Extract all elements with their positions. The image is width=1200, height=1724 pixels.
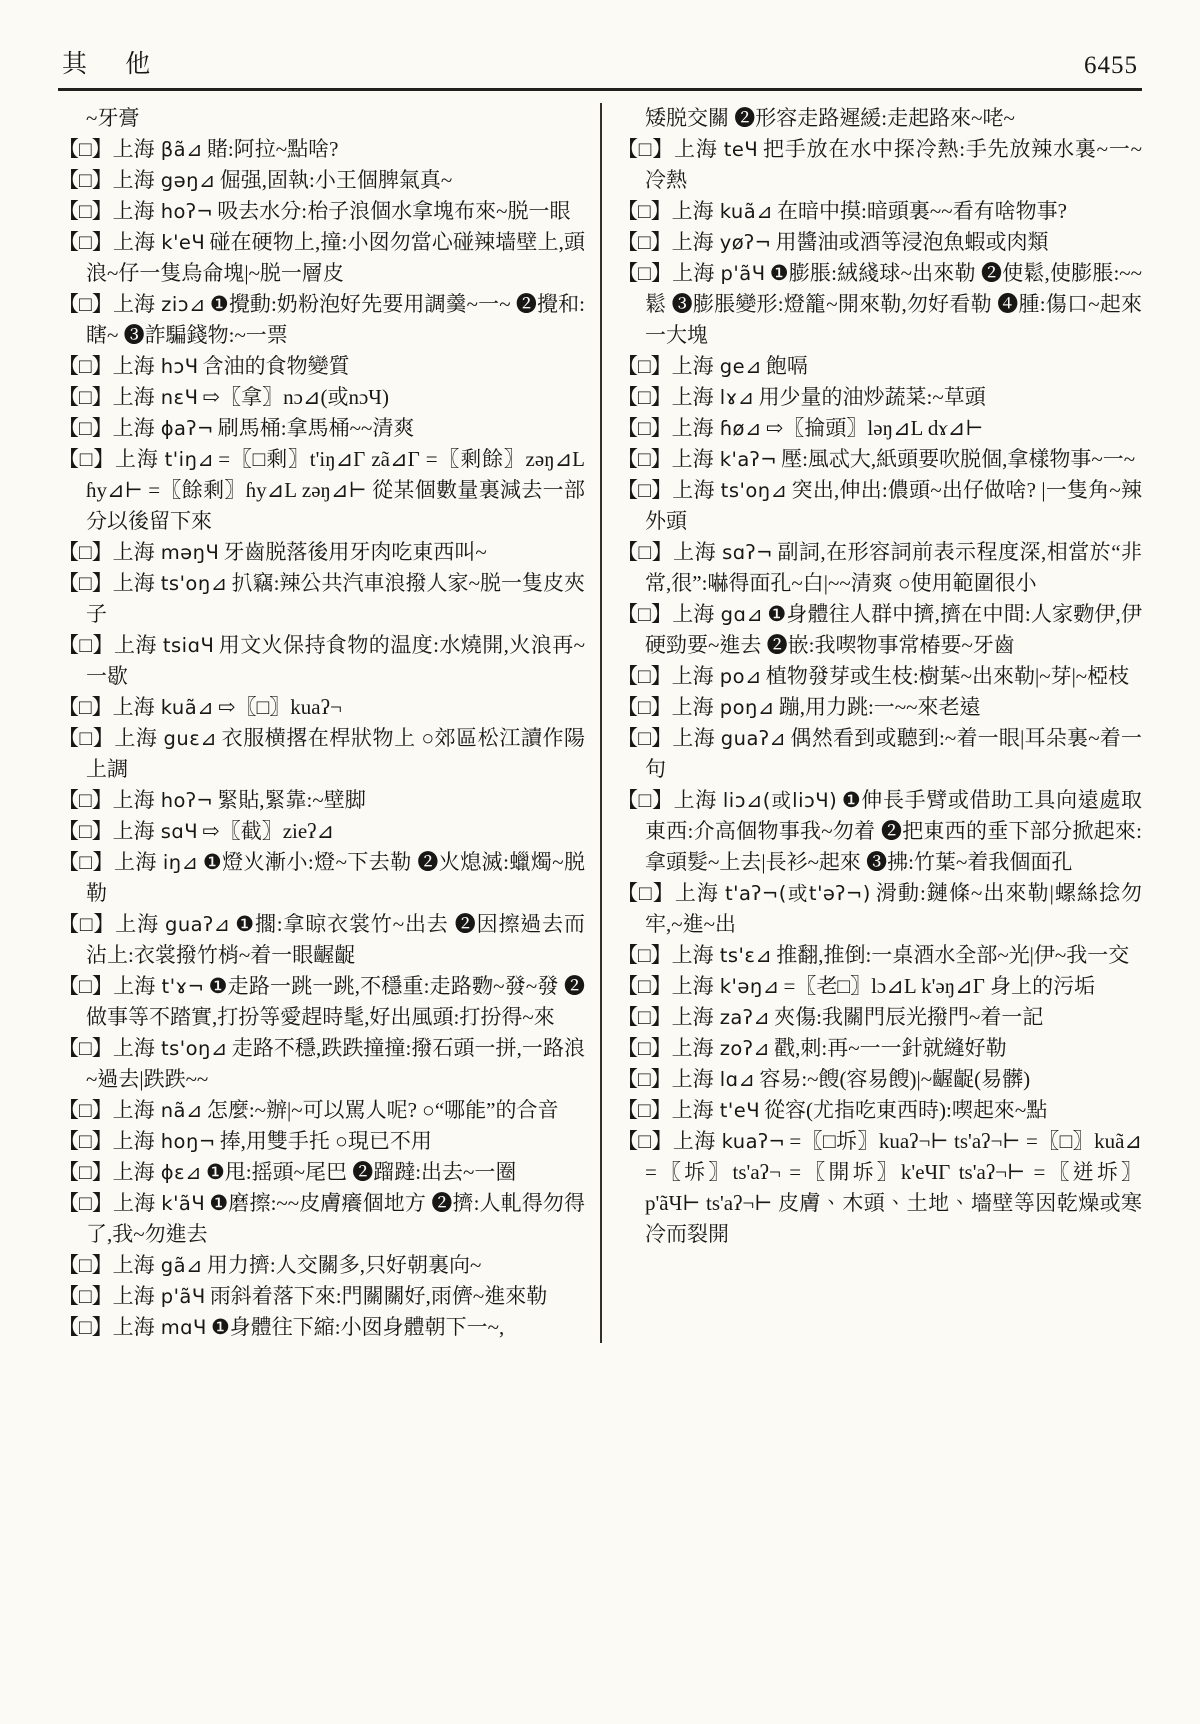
entry-definition: 吸去水分:枱子浪個水拿塊布來~脱一眼 <box>217 199 570 223</box>
two-column-body: ~牙膏【□】上海βã⊿賭:阿拉~點啥?【□】上海gəŋ⊿倔强,固執:小王個脾氣真… <box>58 103 1142 1343</box>
entry-marker: 【□】上海 <box>617 726 715 750</box>
continuation-definition-text: ~牙膏 <box>86 106 139 130</box>
entry-pronunciation: sɑʔ¬ <box>716 541 777 564</box>
entry-marker: 【□】上海 <box>617 261 715 285</box>
entry-marker: 【□】上海 <box>58 1191 155 1215</box>
entry-marker: 【□】上海 <box>617 1067 714 1091</box>
entry-marker: 【□】上海 <box>617 540 716 564</box>
entry-marker: 【□】上海 <box>58 1036 155 1060</box>
header-rule <box>58 88 1142 91</box>
entry-pronunciation: p'ãЧ <box>155 1285 210 1308</box>
entry-pronunciation: ɸɛ⊿ <box>155 1161 206 1184</box>
dictionary-entry: 【□】上海teЧ把手放在水中探冷熱:手先放辣水裏~一~冷熱 <box>617 134 1142 196</box>
entry-definition: ⇨〖□〗kuaʔ¬ <box>218 695 342 719</box>
entry-marker: 【□】上海 <box>58 819 155 843</box>
dictionary-entry: 【□】上海zoʔ⊿戳,刺:再~一一針就縫好勒 <box>617 1033 1142 1064</box>
entry-definition: ⇨〖截〗zieʔ⊿ <box>202 819 334 843</box>
entry-definition: 從容(尤指吃東西時):喫起來~點 <box>764 1098 1047 1122</box>
dictionary-entry: 【□】上海hɔЧ含油的食物變質 <box>58 351 585 382</box>
dictionary-page: 其 他 6455 ~牙膏【□】上海βã⊿賭:阿拉~點啥?【□】上海gəŋ⊿倔强,… <box>0 0 1200 1724</box>
dictionary-entry: 【□】上海sɑЧ⇨〖截〗zieʔ⊿ <box>58 816 585 847</box>
entry-pronunciation: zoʔ⊿ <box>714 1037 774 1060</box>
dictionary-entry: 【□】上海t'aʔ¬(或t'əʔ¬)滑動:鏈條~出來勒|螺絲捻勿牢,~進~出 <box>617 878 1142 940</box>
entry-marker: 【□】上海 <box>58 230 155 254</box>
entry-marker: 【□】上海 <box>617 1129 716 1153</box>
entry-pronunciation: məŋЧ <box>155 541 224 564</box>
entry-definition: 推翻,推倒:一桌酒水全部~光|伊~我一交 <box>776 943 1129 967</box>
entry-marker: 【□】上海 <box>58 912 159 936</box>
entry-marker: 【□】上海 <box>617 943 714 967</box>
entry-pronunciation: ts'oŋ⊿ <box>155 1037 232 1060</box>
entry-marker: 【□】上海 <box>58 385 155 409</box>
entry-marker: 【□】上海 <box>617 416 714 440</box>
dictionary-entry: 【□】上海guaʔ⊿偶然看到或聽到:~着一眼|耳朵裏~着一句 <box>617 723 1142 785</box>
entry-pronunciation: ge⊿ <box>714 355 766 378</box>
dictionary-entry: 【□】上海lɑ⊿容易:~餿(容易餿)|~齷齪(易髒) <box>617 1064 1142 1095</box>
entry-pronunciation: kuã⊿ <box>714 200 777 223</box>
dictionary-entry: 【□】上海βã⊿賭:阿拉~點啥? <box>58 134 585 165</box>
entry-pronunciation: gəŋ⊿ <box>155 169 220 192</box>
entry-marker: 【□】上海 <box>58 726 157 750</box>
entry-pronunciation: guɛ⊿ <box>157 727 221 750</box>
entry-continuation-text: ~牙膏 <box>58 103 585 134</box>
entry-pronunciation: hɔЧ <box>155 355 203 378</box>
dictionary-entry: 【□】上海k'ãЧ❶磨擦:~~皮膚癢個地方 ❷擠:人軋得勿得了,我~勿進去 <box>58 1188 585 1250</box>
dictionary-entry: 【□】上海gã⊿用力擠:人交關多,只好朝裏向~ <box>58 1250 585 1281</box>
dictionary-entry: 【□】上海ts'oŋ⊿扒竊:辣公共汽車浪撥人家~脱一隻皮夾子 <box>58 568 585 630</box>
entry-marker: 【□】上海 <box>58 447 159 471</box>
entry-pronunciation: hoʔ¬ <box>155 200 218 223</box>
entry-pronunciation: ts'oŋ⊿ <box>155 572 232 595</box>
dictionary-entry: 【□】上海gəŋ⊿倔强,固執:小王個脾氣真~ <box>58 165 585 196</box>
entry-definition: 蹦,用力跳:一~~來老遠 <box>779 695 981 719</box>
entry-definition: 用少量的油炒蔬菜:~草頭 <box>759 385 986 409</box>
entry-pronunciation: liɔ⊿(或liɔЧ) <box>717 789 841 812</box>
dictionary-entry: 【□】上海nɛЧ⇨〖拿〗nɔ⊿(或nɔЧ) <box>58 382 585 413</box>
entry-pronunciation: t'eЧ <box>714 1099 764 1122</box>
entry-pronunciation: βã⊿ <box>155 138 207 161</box>
entry-definition: 牙齒脱落後用牙肉吃東西叫~ <box>223 540 486 564</box>
entry-pronunciation: gã⊿ <box>155 1254 207 1277</box>
entry-marker: 【□】上海 <box>58 788 155 812</box>
entry-marker: 【□】上海 <box>617 385 714 409</box>
entry-definition: 含油的食物變質 <box>203 354 350 378</box>
dictionary-entry: 【□】上海iŋ⊿❶燈火漸小:燈~下去勒 ❷火熄滅:蠟燭~脱勒 <box>58 847 585 909</box>
entry-pronunciation: yøʔ¬ <box>714 231 776 254</box>
dictionary-entry: 【□】上海k'aʔ¬壓:風忒大,紙頭要吹脱個,拿樣物事~一~ <box>617 444 1142 475</box>
dictionary-entry: 【□】上海nã⊿怎麼:~辦|~可以駡人呢? ○“哪能”的合音 <box>58 1095 585 1126</box>
entry-marker: 【□】上海 <box>58 1315 155 1339</box>
entry-marker: 【□】上海 <box>58 1253 155 1277</box>
dictionary-entry: 【□】上海ɸɛ⊿❶甩:摇頭~尾巴 ❷蹓躂:出去~一圈 <box>58 1157 585 1188</box>
dictionary-entry: 【□】上海kuaʔ¬=〖□坼〗kuaʔ¬⊢ ts'aʔ¬⊢ =〖□〗kuã⊿ =… <box>617 1126 1142 1250</box>
entry-pronunciation: p'ãЧ <box>715 262 770 285</box>
entry-pronunciation: tsiɑЧ <box>157 634 218 657</box>
entry-pronunciation: guaʔ⊿ <box>715 727 790 750</box>
entry-definition: 刷馬桶:拿馬桶~~清爽 <box>218 416 415 440</box>
entry-pronunciation: nɛЧ <box>155 386 203 409</box>
entry-pronunciation: lɑ⊿ <box>714 1068 760 1091</box>
dictionary-entry: 【□】上海guɛ⊿衣服横撂在桿狀物上 ○郊區松江讀作陽上調 <box>58 723 585 785</box>
entry-marker: 【□】上海 <box>58 292 155 316</box>
dictionary-entry: 【□】上海ts'oŋ⊿走路不穩,跌跌撞撞:撥石頭一拼,一路浪~過去|跌跌~~ <box>58 1033 585 1095</box>
entry-definition: 在暗中摸:暗頭裏~~看有啥物事? <box>777 199 1067 223</box>
section-title: 其 他 <box>62 44 166 80</box>
dictionary-entry: 【□】上海hoŋ¬捧,用雙手托 ○現已不用 <box>58 1126 585 1157</box>
dictionary-entry: 【□】上海sɑʔ¬副詞,在形容詞前表示程度深,相當於“非常,很”:嚇得面孔~白|… <box>617 537 1142 599</box>
dictionary-entry: 【□】上海ɦø⊿⇨〖掄頭〗ləŋ⊿L dɤ⊿⊢ <box>617 413 1142 444</box>
entry-marker: 【□】上海 <box>58 137 155 161</box>
entry-pronunciation: ts'ɛ⊿ <box>714 944 777 967</box>
dictionary-entry: 【□】上海tsiɑЧ用文火保持食物的温度:水燒開,火浪再~一歇 <box>58 630 585 692</box>
entry-marker: 【□】上海 <box>617 881 719 905</box>
entry-pronunciation: teЧ <box>718 138 763 161</box>
entry-marker: 【□】上海 <box>58 1160 155 1184</box>
dictionary-entry: 【□】上海k'eЧ碰在硬物上,撞:小囡勿當心碰辣墙壁上,頭浪~仔一隻烏侖塊|~脱… <box>58 227 585 289</box>
entry-marker: 【□】上海 <box>58 354 155 378</box>
entry-marker: 【□】上海 <box>617 602 715 626</box>
entry-marker: 【□】上海 <box>58 1129 155 1153</box>
dictionary-entry: 【□】上海p'ãЧ雨斜着落下來:門關關好,雨儕~進來勒 <box>58 1281 585 1312</box>
entry-pronunciation: ts'oŋ⊿ <box>715 479 792 502</box>
entry-marker: 【□】上海 <box>617 447 714 471</box>
dictionary-entry: 【□】上海hoʔ¬緊貼,緊靠:~壁脚 <box>58 785 585 816</box>
entry-marker: 【□】上海 <box>58 850 157 874</box>
entry-pronunciation: t'ɤ¬ <box>156 975 209 998</box>
entry-marker: 【□】上海 <box>58 1098 155 1122</box>
entry-pronunciation: zaʔ⊿ <box>714 1006 774 1029</box>
entry-definition: 雨斜着落下來:門關關好,雨儕~進來勒 <box>210 1284 547 1308</box>
entry-pronunciation: po⊿ <box>714 665 766 688</box>
entry-pronunciation: k'ãЧ <box>155 1192 209 1215</box>
entry-definition: ❶甩:摇頭~尾巴 ❷蹓躂:出去~一圈 <box>206 1160 516 1184</box>
dictionary-entry: 【□】上海guaʔ⊿❶擱:拿晾衣裳竹~出去 ❷因擦過去而沾上:衣裳撥竹梢~着一眼… <box>58 909 585 971</box>
entry-definition: ❶身體往下縮:小囡身體朝下一~, <box>211 1315 504 1339</box>
entry-pronunciation: gɑ⊿ <box>715 603 768 626</box>
entry-pronunciation: t'aʔ¬(或t'əʔ¬) <box>719 882 875 905</box>
entry-definition: 用醬油或酒等浸泡魚蝦或肉類 <box>775 230 1048 254</box>
entry-definition: 戳,刺:再~一一針就縫好勒 <box>774 1036 1006 1060</box>
page-header: 其 他 6455 <box>58 44 1142 86</box>
entry-pronunciation: ɦø⊿ <box>714 417 766 440</box>
entry-continuation-text: 矮脱交關 ❷形容走路遲緩:走起路來~咾~ <box>617 103 1142 134</box>
entry-marker: 【□】上海 <box>58 168 155 192</box>
entry-marker: 【□】上海 <box>617 199 714 223</box>
entry-marker: 【□】上海 <box>617 354 714 378</box>
entry-pronunciation: hoŋ¬ <box>155 1130 220 1153</box>
dictionary-entry: 【□】上海yøʔ¬用醬油或酒等浸泡魚蝦或肉類 <box>617 227 1142 258</box>
dictionary-entry: 【□】上海hoʔ¬吸去水分:枱子浪個水拿塊布來~脱一眼 <box>58 196 585 227</box>
entry-marker: 【□】上海 <box>617 788 717 812</box>
entry-pronunciation: k'əŋ⊿ <box>714 975 784 998</box>
entry-marker: 【□】上海 <box>58 1284 155 1308</box>
entry-definition: 夾傷:我關門辰光撥門~着一記 <box>774 1005 1043 1029</box>
entry-pronunciation: nã⊿ <box>155 1099 207 1122</box>
entry-marker: 【□】上海 <box>58 571 155 595</box>
dictionary-entry: 【□】上海poŋ⊿蹦,用力跳:一~~來老遠 <box>617 692 1142 723</box>
entry-pronunciation: ɸaʔ¬ <box>155 417 218 440</box>
entry-marker: 【□】上海 <box>617 478 715 502</box>
entry-pronunciation: hoʔ¬ <box>155 789 218 812</box>
entry-marker: 【□】上海 <box>58 695 155 719</box>
dictionary-entry: 【□】上海kuã⊿在暗中摸:暗頭裏~~看有啥物事? <box>617 196 1142 227</box>
dictionary-entry: 【□】上海zaʔ⊿夾傷:我關門辰光撥門~着一記 <box>617 1002 1142 1033</box>
entry-pronunciation: sɑЧ <box>155 820 202 843</box>
entry-definition: 植物發芽或生枝:樹葉~出來勒|~芽|~椏枝 <box>766 664 1129 688</box>
page-number: 6455 <box>1084 52 1138 80</box>
entry-pronunciation: mɑЧ <box>155 1316 211 1339</box>
dictionary-entry: 【□】上海məŋЧ牙齒脱落後用牙肉吃東西叫~ <box>58 537 585 568</box>
entry-pronunciation: poŋ⊿ <box>714 696 779 719</box>
entry-marker: 【□】上海 <box>617 1098 714 1122</box>
dictionary-entry: 【□】上海mɑЧ❶身體往下縮:小囡身體朝下一~, <box>58 1312 585 1343</box>
dictionary-entry: 【□】上海t'iŋ⊿=〖□剩〗t'iŋ⊿Γ zã⊿Γ =〖剩餘〗zəŋ⊿L ɦy… <box>58 444 585 537</box>
dictionary-entry: 【□】上海ge⊿飽嗝 <box>617 351 1142 382</box>
entry-marker: 【□】上海 <box>617 695 714 719</box>
dictionary-entry: 【□】上海lɤ⊿用少量的油炒蔬菜:~草頭 <box>617 382 1142 413</box>
dictionary-entry: 【□】上海ɸaʔ¬刷馬桶:拿馬桶~~清爽 <box>58 413 585 444</box>
entry-marker: 【□】上海 <box>58 633 157 657</box>
entry-marker: 【□】上海 <box>58 540 155 564</box>
entry-marker: 【□】上海 <box>617 230 714 254</box>
entry-pronunciation: guaʔ⊿ <box>159 913 234 936</box>
entry-definition: 怎麼:~辦|~可以駡人呢? ○“哪能”的合音 <box>207 1098 559 1122</box>
entry-definition: 捧,用雙手托 ○現已不用 <box>220 1129 432 1153</box>
entry-definition: ⇨〖掄頭〗ləŋ⊿L dɤ⊿⊢ <box>766 416 984 440</box>
entry-definition: 飽嗝 <box>766 354 808 378</box>
entry-definition: 容易:~餿(容易餿)|~齷齪(易髒) <box>759 1067 1030 1091</box>
entry-marker: 【□】上海 <box>58 199 155 223</box>
dictionary-entry: 【□】上海ziɔ⊿❶攪動:奶粉泡好先要用調羹~一~ ❷攪和:瞎~ ❸詐騙錢物:~… <box>58 289 585 351</box>
entry-definition: ⇨〖拿〗nɔ⊿(或nɔЧ) <box>202 385 388 409</box>
entry-definition: 壓:風忒大,紙頭要吹脱個,拿樣物事~一~ <box>781 447 1135 471</box>
entry-marker: 【□】上海 <box>617 1005 714 1029</box>
dictionary-entry: 【□】上海t'eЧ從容(尤指吃東西時):喫起來~點 <box>617 1095 1142 1126</box>
entry-pronunciation: kuã⊿ <box>155 696 218 719</box>
entry-marker: 【□】上海 <box>617 1036 714 1060</box>
entry-pronunciation: t'iŋ⊿ <box>159 448 219 471</box>
dictionary-entry: 【□】上海p'ãЧ❶膨脹:絨綫球~出來勒 ❷使鬆,使膨脹:~~鬆 ❸膨脹變形:燈… <box>617 258 1142 351</box>
entry-pronunciation: lɤ⊿ <box>714 386 759 409</box>
left-column: ~牙膏【□】上海βã⊿賭:阿拉~點啥?【□】上海gəŋ⊿倔强,固執:小王個脾氣真… <box>58 103 600 1343</box>
dictionary-entry: 【□】上海ts'ɛ⊿推翻,推倒:一桌酒水全部~光|伊~我一交 <box>617 940 1142 971</box>
dictionary-entry: 【□】上海k'əŋ⊿=〖老□〗lɔ⊿L k'əŋ⊿Γ 身上的污垢 <box>617 971 1142 1002</box>
entry-pronunciation: k'eЧ <box>155 231 209 254</box>
dictionary-entry: 【□】上海kuã⊿⇨〖□〗kuaʔ¬ <box>58 692 585 723</box>
entry-definition: 緊貼,緊靠:~壁脚 <box>217 788 365 812</box>
entry-pronunciation: k'aʔ¬ <box>714 448 781 471</box>
dictionary-entry: 【□】上海liɔ⊿(或liɔЧ)❶伸長手臂或借助工具向遠處取東西:介高個物事我~… <box>617 785 1142 878</box>
entry-marker: 【□】上海 <box>58 974 156 998</box>
entry-marker: 【□】上海 <box>58 416 155 440</box>
continuation-definition-text: 矮脱交關 ❷形容走路遲緩:走起路來~咾~ <box>645 106 1015 130</box>
dictionary-entry: 【□】上海ts'oŋ⊿突出,伸出:儂頭~出仔做啥? |一隻角~辣外頭 <box>617 475 1142 537</box>
dictionary-entry: 【□】上海po⊿植物發芽或生枝:樹葉~出來勒|~芽|~椏枝 <box>617 661 1142 692</box>
entry-marker: 【□】上海 <box>617 974 714 998</box>
entry-definition: 倔强,固執:小王個脾氣真~ <box>220 168 452 192</box>
entry-pronunciation: ziɔ⊿ <box>155 293 210 316</box>
right-column: 矮脱交關 ❷形容走路遲緩:走起路來~咾~【□】上海teЧ把手放在水中探冷熱:手先… <box>600 103 1142 1343</box>
dictionary-entry: 【□】上海t'ɤ¬❶走路一跳一跳,不穩重:走路覅~發~發 ❷做事等不踏實,打扮等… <box>58 971 585 1033</box>
entry-pronunciation: iŋ⊿ <box>157 851 203 874</box>
dictionary-entry: 【□】上海gɑ⊿❶身體往人群中擠,擠在中間:人家覅伊,伊硬勁要~進去 ❷嵌:我喫… <box>617 599 1142 661</box>
entry-pronunciation: kuaʔ¬ <box>716 1130 790 1153</box>
entry-marker: 【□】上海 <box>617 664 714 688</box>
entry-marker: 【□】上海 <box>617 137 718 161</box>
entry-definition: 賭:阿拉~點啥? <box>207 137 339 161</box>
entry-definition: 用力擠:人交關多,只好朝裏向~ <box>207 1253 481 1277</box>
entry-definition: =〖老□〗lɔ⊿L k'əŋ⊿Γ 身上的污垢 <box>784 974 1096 998</box>
